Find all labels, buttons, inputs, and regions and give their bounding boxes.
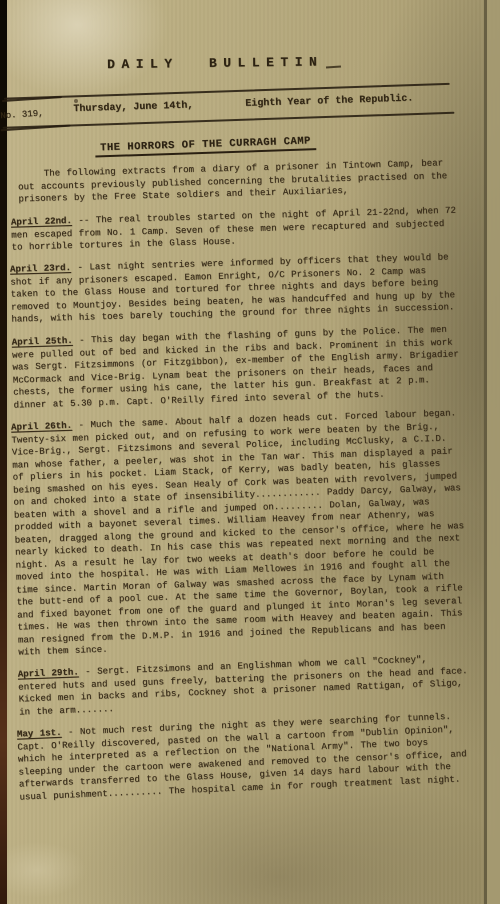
- diary-entry-april-29: April 29th. - Sergt. Fitzsimons and an E…: [18, 652, 470, 718]
- entry-date-label: April 22nd.: [11, 214, 72, 227]
- diary-entry-april-25: April 25th. - This day began with the fl…: [12, 323, 462, 411]
- article-headline: THE HORRORS OF THE CURRAGH CAMP: [95, 135, 316, 157]
- issue-year: Eighth Year of the Republic.: [245, 93, 413, 109]
- entry-text: The real troubles started on the night o…: [11, 204, 456, 252]
- entry-text: Much the same. About half a dozen heads …: [11, 407, 464, 657]
- entry-separator: -: [68, 726, 74, 737]
- stray-ink-dot: [74, 99, 78, 103]
- entry-text: Not much rest during the night as they w…: [17, 711, 467, 802]
- document-content: DAILY BULLETIN No. 319, Thursday, June 1…: [15, 51, 471, 803]
- entry-date-label: May 1st.: [17, 727, 62, 740]
- entry-text: Sergt. Fitzsimons and an Englishman whom…: [18, 654, 468, 717]
- entry-separator: -: [78, 419, 84, 430]
- entry-date-label: April 25th.: [12, 334, 73, 347]
- issue-date: Thursday, June 14th,: [73, 100, 193, 115]
- scanned-document: DAILY BULLETIN No. 319, Thursday, June 1…: [0, 0, 500, 904]
- page-right-edge: [484, 0, 500, 904]
- diary-entry-april-26: April 26th. - Much the same. About half …: [11, 407, 468, 659]
- entry-date-label: April 23rd.: [10, 262, 71, 275]
- page-binding-edge: [0, 0, 7, 904]
- entry-date-label: April 29th.: [18, 666, 79, 679]
- diary-entry-may-1: May 1st. - Not much rest during the nigh…: [17, 710, 472, 803]
- entry-separator: --: [78, 214, 89, 225]
- entry-date-label: April 26th.: [11, 419, 72, 432]
- masthead-title: DAILY BULLETIN: [107, 53, 453, 72]
- diary-entry-april-22: April 22nd. -- The real troubles started…: [11, 204, 458, 254]
- entry-separator: -: [79, 334, 85, 345]
- entry-separator: -: [85, 666, 91, 677]
- issue-number: No. 319,: [0, 108, 44, 121]
- intro-paragraph: The following extracts from a diary of a…: [18, 157, 457, 206]
- entry-separator: -: [77, 262, 83, 273]
- diary-entry-april-23: April 23rd. - Last night sentries were i…: [10, 251, 460, 326]
